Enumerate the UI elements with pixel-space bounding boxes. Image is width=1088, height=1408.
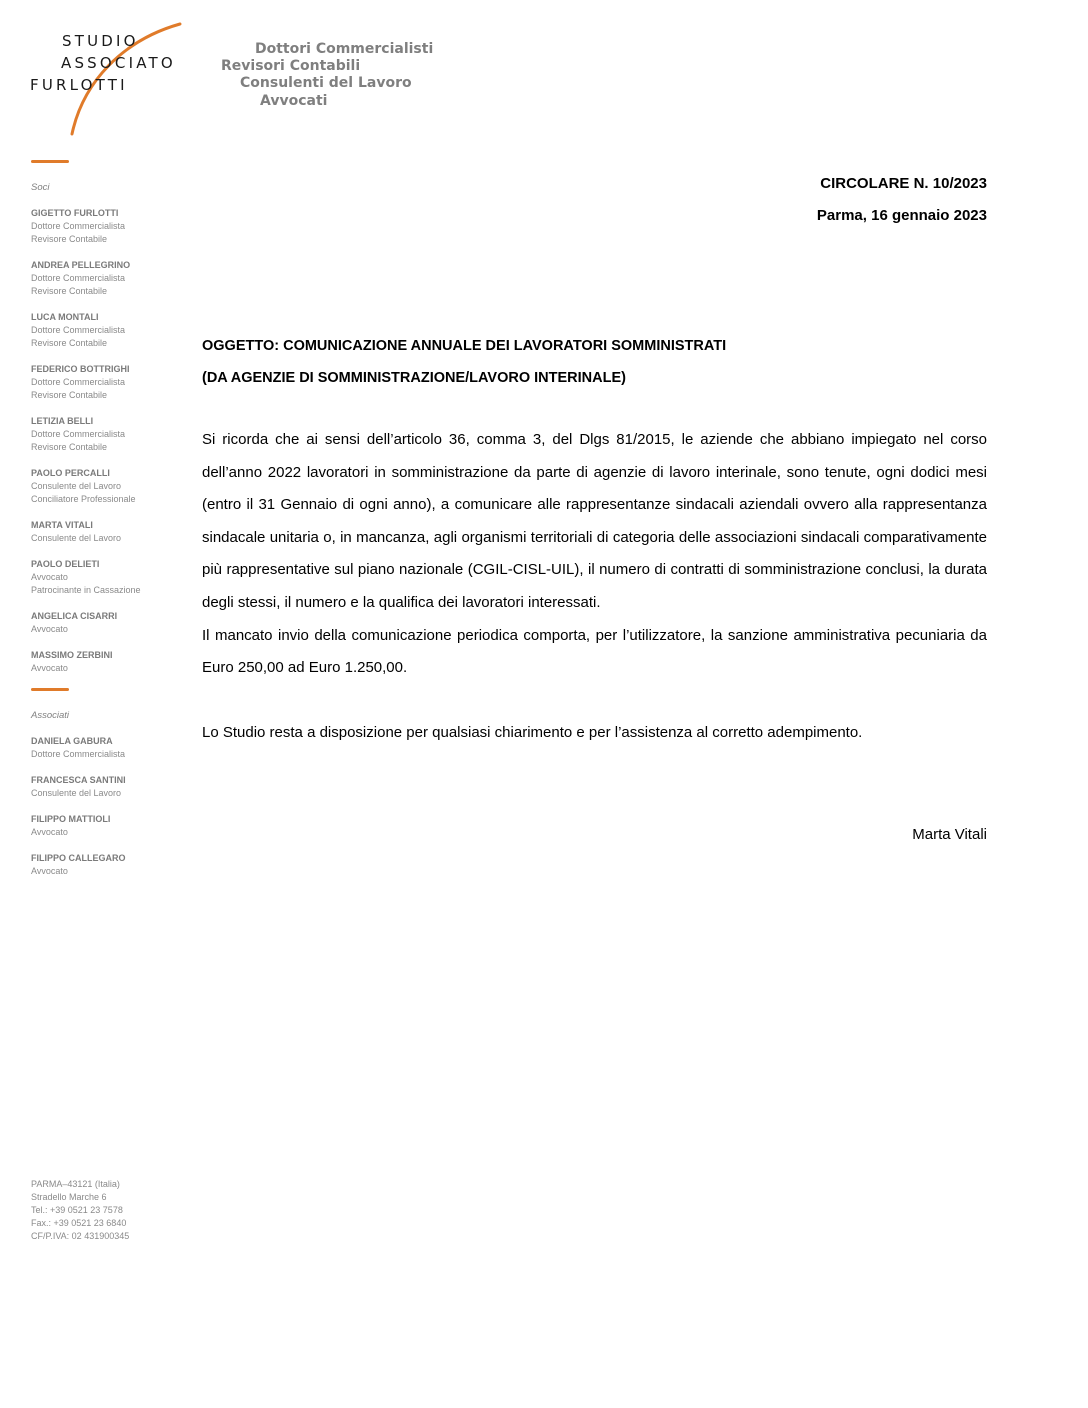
soci-list: GIGETTO FURLOTTIDottore CommercialistaRe… — [31, 207, 181, 675]
partner-name: FRANCESCA SANTINI — [31, 774, 181, 787]
partner-name: ANDREA PELLEGRINO — [31, 259, 181, 272]
closing-text: Lo Studio resta a disposizione per quals… — [202, 717, 862, 749]
partner-role: Avvocato — [31, 623, 181, 636]
partner-role: Revisore Contabile — [31, 337, 181, 350]
partner-name: FILIPPO CALLEGARO — [31, 852, 181, 865]
partner-role: Conciliatore Professionale — [31, 493, 181, 506]
profession-item: Consulenti del Lavoro — [240, 75, 412, 91]
logo-text-furlotti: FURLOTTI — [30, 76, 128, 94]
paragraph: Il mancato invio della comunicazione per… — [202, 620, 987, 685]
partner-role: Consulente del Lavoro — [31, 787, 181, 800]
partner-role: Consulente del Lavoro — [31, 480, 181, 493]
partner-name: MARTA VITALI — [31, 519, 181, 532]
partner-role: Dottore Commercialista — [31, 220, 181, 233]
partner-role: Avvocato — [31, 865, 181, 878]
partner-entry: FILIPPO MATTIOLIAvvocato — [31, 813, 181, 839]
profession-item: Dottori Commercialisti — [255, 41, 433, 57]
partner-role: Patrocinante in Cassazione — [31, 584, 181, 597]
address-line: CF/P.IVA: 02 431900345 — [31, 1230, 129, 1243]
partner-name: PAOLO PERCALLI — [31, 467, 181, 480]
partner-entry: GIGETTO FURLOTTIDottore CommercialistaRe… — [31, 207, 181, 246]
subject: OGGETTO: COMUNICAZIONE ANNUALE DEI LAVOR… — [202, 330, 726, 394]
profession-item: Revisori Contabili — [221, 58, 360, 74]
profession-item: Avvocati — [260, 93, 327, 109]
partner-role: Revisore Contabile — [31, 389, 181, 402]
partner-role: Dottore Commercialista — [31, 324, 181, 337]
partner-role: Dottore Commercialista — [31, 428, 181, 441]
partner-role: Dottore Commercialista — [31, 748, 181, 761]
subject-line: OGGETTO: COMUNICAZIONE ANNUALE DEI LAVOR… — [202, 330, 726, 362]
paragraph: Si ricorda che ai sensi dell’articolo 36… — [202, 424, 987, 620]
logo-text-associato: ASSOCIATO — [61, 54, 176, 72]
address-line: Stradello Marche 6 — [31, 1191, 129, 1204]
soci-title: Soci — [31, 182, 181, 193]
partner-name: MASSIMO ZERBINI — [31, 649, 181, 662]
partner-entry: LETIZIA BELLIDottore CommercialistaRevis… — [31, 415, 181, 454]
orange-divider — [31, 688, 69, 691]
partner-entry: FILIPPO CALLEGAROAvvocato — [31, 852, 181, 878]
associati-title: Associati — [31, 710, 181, 721]
signature: Marta Vitali — [912, 819, 987, 851]
partner-name: GIGETTO FURLOTTI — [31, 207, 181, 220]
sidebar-partners: Soci GIGETTO FURLOTTIDottore Commerciali… — [31, 160, 181, 891]
partner-role: Revisore Contabile — [31, 285, 181, 298]
partner-entry: PAOLO PERCALLIConsulente del LavoroConci… — [31, 467, 181, 506]
document-reference: CIRCOLARE N. 10/2023 Parma, 16 gennaio 2… — [817, 168, 987, 232]
partner-entry: ANGELICA CISARRIAvvocato — [31, 610, 181, 636]
associati-list: DANIELA GABURADottore CommercialistaFRAN… — [31, 735, 181, 878]
partner-role: Dottore Commercialista — [31, 376, 181, 389]
partner-entry: FEDERICO BOTTRIGHIDottore Commercialista… — [31, 363, 181, 402]
partner-role: Consulente del Lavoro — [31, 532, 181, 545]
studio-logo: STUDIO ASSOCIATO FURLOTTI — [28, 22, 188, 172]
partner-role: Avvocato — [31, 662, 181, 675]
partner-role: Dottore Commercialista — [31, 272, 181, 285]
partner-name: ANGELICA CISARRI — [31, 610, 181, 623]
partner-entry: DANIELA GABURADottore Commercialista — [31, 735, 181, 761]
partner-name: PAOLO DELIETI — [31, 558, 181, 571]
partner-entry: MARTA VITALIConsulente del Lavoro — [31, 519, 181, 545]
partner-role: Avvocato — [31, 826, 181, 839]
logo-text-studio: STUDIO — [62, 32, 139, 50]
place-date: Parma, 16 gennaio 2023 — [817, 200, 987, 232]
partner-entry: MASSIMO ZERBINIAvvocato — [31, 649, 181, 675]
partner-role: Avvocato — [31, 571, 181, 584]
partner-name: FILIPPO MATTIOLI — [31, 813, 181, 826]
partner-name: FEDERICO BOTTRIGHI — [31, 363, 181, 376]
address-line: PARMA–43121 (Italia) — [31, 1178, 129, 1191]
subject-line: (DA AGENZIE DI SOMMINISTRAZIONE/LAVORO I… — [202, 362, 726, 394]
partner-name: LUCA MONTALI — [31, 311, 181, 324]
body-text: Si ricorda che ai sensi dell’articolo 36… — [202, 424, 987, 685]
partner-entry: LUCA MONTALIDottore CommercialistaReviso… — [31, 311, 181, 350]
partner-name: LETIZIA BELLI — [31, 415, 181, 428]
office-address: PARMA–43121 (Italia)Stradello Marche 6Te… — [31, 1178, 129, 1243]
partner-entry: ANDREA PELLEGRINODottore CommercialistaR… — [31, 259, 181, 298]
partner-name: DANIELA GABURA — [31, 735, 181, 748]
partner-role: Revisore Contabile — [31, 441, 181, 454]
circolare-number: CIRCOLARE N. 10/2023 — [817, 168, 987, 200]
address-line: Fax.: +39 0521 23 6840 — [31, 1217, 129, 1230]
partner-entry: PAOLO DELIETIAvvocatoPatrocinante in Cas… — [31, 558, 181, 597]
partner-entry: FRANCESCA SANTINIConsulente del Lavoro — [31, 774, 181, 800]
orange-divider — [31, 160, 69, 163]
partner-role: Revisore Contabile — [31, 233, 181, 246]
address-line: Tel.: +39 0521 23 7578 — [31, 1204, 129, 1217]
